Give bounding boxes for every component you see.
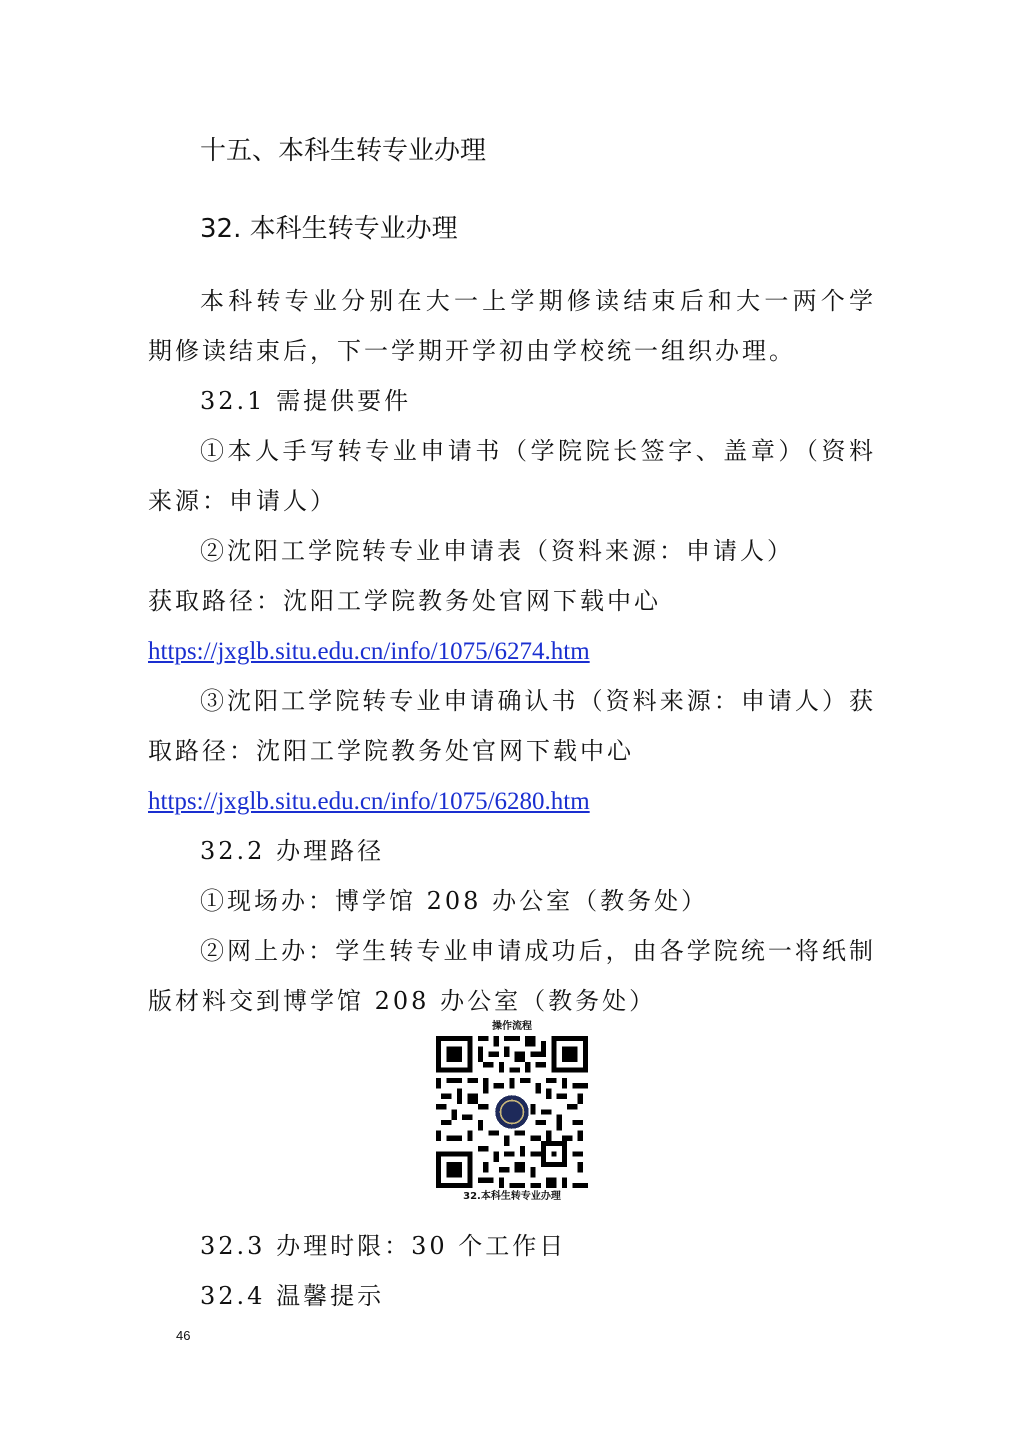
requirement-3-link-row: https://jxglb.situ.edu.cn/info/1075/6280… (148, 786, 878, 817)
requirement-2-line-1: ②沈阳工学院转专业申请表（资料来源：申请人） (200, 536, 930, 566)
requirement-1-line-1: ①本人手写转专业申请书（学院院长签字、盖章）（资料 (200, 436, 876, 466)
page-number: 46 (176, 1328, 190, 1343)
time-limit: 32.3 办理时限：30 个工作日 (200, 1231, 930, 1261)
process-item-2-line-1: ②网上办：学生转专业申请成功后，由各学院统一将纸制 (200, 936, 876, 966)
requirements-heading: 32.1 需提供要件 (200, 386, 930, 416)
requirement-3-line-1: ③沈阳工学院转专业申请确认书（资料来源：申请人）获 (200, 686, 876, 716)
tips-heading: 32.4 温馨提示 (200, 1281, 930, 1311)
requirement-2-link-row: https://jxglb.situ.edu.cn/info/1075/6274… (148, 636, 878, 667)
qr-caption-bottom: 32.本科生转专业办理 (430, 1190, 594, 1204)
item-heading: 32. 本科生转专业办理 (200, 214, 930, 244)
section-heading: 十五、本科生转专业办理 (200, 136, 930, 166)
qr-code-icon[interactable] (436, 1036, 588, 1188)
application-form-link[interactable]: https://jxglb.situ.edu.cn/info/1075/6274… (148, 638, 590, 665)
intro-line-2: 期修读结束后，下一学期开学初由学校统一组织办理。 (148, 336, 878, 366)
requirement-1-line-2: 来源：申请人） (148, 486, 878, 516)
process-heading: 32.2 办理路径 (200, 836, 930, 866)
qr-caption-top: 操作流程 (430, 1020, 594, 1034)
confirmation-form-link[interactable]: https://jxglb.situ.edu.cn/info/1075/6280… (148, 788, 590, 815)
intro-line-1: 本科转专业分别在大一上学期修读结束后和大一两个学 (200, 286, 876, 316)
requirement-2-line-2: 获取路径：沈阳工学院教务处官网下载中心 (148, 586, 878, 616)
requirement-3-line-2: 取路径：沈阳工学院教务处官网下载中心 (148, 736, 878, 766)
process-item-2-line-2: 版材料交到博学馆 208 办公室（教务处） (148, 986, 878, 1016)
process-item-1: ①现场办：博学馆 208 办公室（教务处） (200, 886, 930, 916)
qr-block: 操作流程 (430, 1020, 594, 1204)
document-page: 十五、本科生转专业办理 32. 本科生转专业办理 本科转专业分别在大一上学期修读… (0, 0, 1024, 1448)
